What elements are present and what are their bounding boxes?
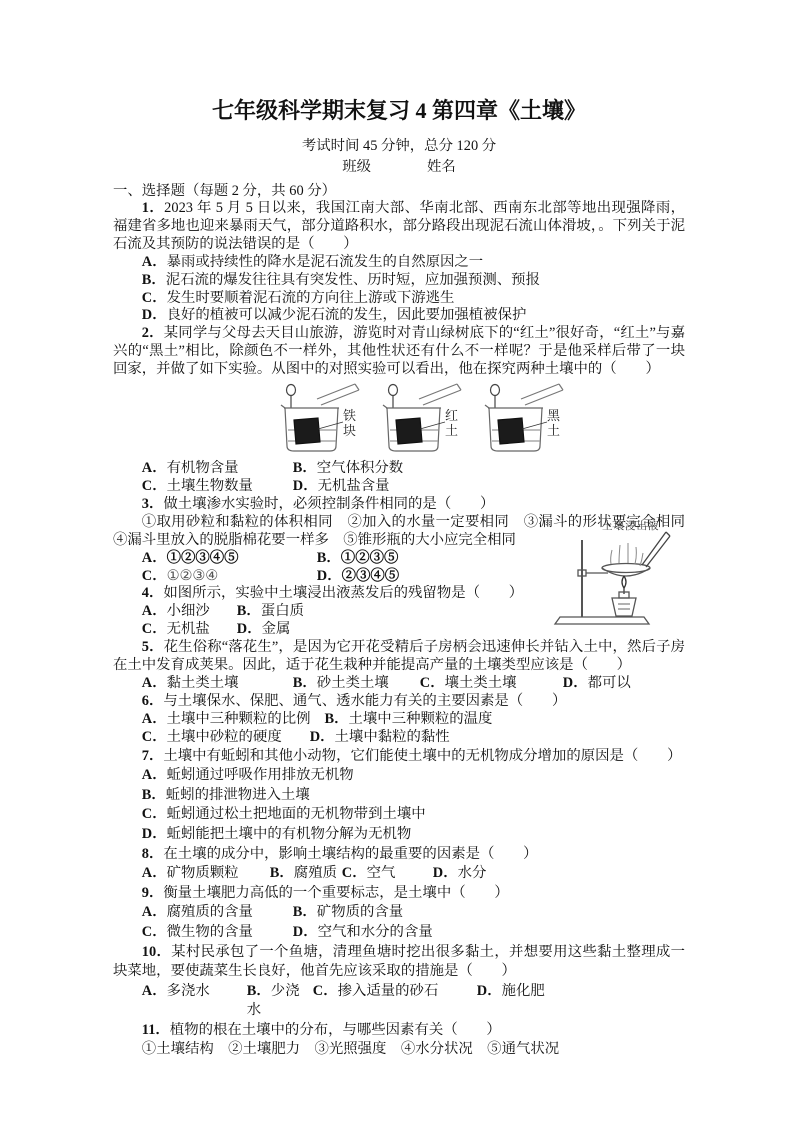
- question-11-text: 植物的根在土壤中的分布，与哪些因素有关（ ）: [170, 1022, 501, 1038]
- question-4-option-a: A．小细沙: [142, 603, 237, 621]
- option-label: D．: [433, 865, 458, 881]
- option-label: B．: [317, 550, 341, 566]
- question-1-number: 1．: [142, 200, 164, 216]
- section-heading: 一、选择题（每题 2 分，共 60 分）: [113, 182, 685, 200]
- option-label: D．: [142, 307, 167, 323]
- question-2-option-a: A．有机物含量: [142, 460, 293, 478]
- option-label: C．: [342, 865, 367, 881]
- option-label: B．: [247, 983, 271, 999]
- question-1-option-a: A．暴雨或持续性的降水是泥石流发生的自然原因之一: [113, 254, 685, 272]
- question-7-option-d: D．蚯蚓能把土壤中的有机物分解为无机物: [113, 825, 685, 845]
- option-label: A．: [142, 767, 167, 783]
- option-label: C．: [142, 478, 167, 494]
- name-label: 姓名: [427, 159, 456, 175]
- beakers-drawing: [273, 382, 583, 458]
- option-text: 矿物质颗粒: [167, 865, 239, 881]
- question-5-option-c: C．壤土类土壤: [420, 675, 563, 693]
- option-text: 施化肥: [502, 983, 545, 999]
- question-9-options-row-1: A．腐殖质的含量B．矿物质的含量: [113, 903, 685, 923]
- option-text: 蚯蚓的排泄物进入土壤: [166, 787, 310, 803]
- option-label: C．: [142, 568, 167, 584]
- option-text: 发生时要顺着泥石流的方向往上游或下游逃生: [167, 290, 455, 306]
- option-text: 腐殖质: [294, 865, 337, 881]
- question-2-text: 某同学与父母去天目山旅游，游览时对青山绿树底下的“红土”很好奇，“红土”与嘉兴的…: [113, 325, 685, 377]
- question-3-option-c: C．①②③④: [142, 568, 317, 586]
- question-5-number: 5．: [142, 639, 164, 655]
- option-label: D．: [237, 621, 262, 637]
- option-label: C．: [142, 806, 167, 822]
- option-label: C．: [142, 924, 167, 940]
- option-text: 矿物质的含量: [317, 904, 403, 920]
- option-text: 土壤中黏粒的黏性: [335, 729, 450, 745]
- question-1-text: 2023 年 5 月 5 日以来，我国江南大部、华南北部、西南东北部等地出现强降…: [113, 200, 685, 252]
- question-6-option-a: A．土壤中三种颗粒的比例: [142, 711, 311, 729]
- question-5-option-b: B．砂土类土壤: [293, 675, 420, 693]
- exam-info: 考试时间 45 分钟，总分 120 分: [113, 136, 685, 157]
- question-1-option-b: B．泥石流的爆发往往具有突发性、历时短，应加强预测、预报: [113, 272, 685, 290]
- option-text: 空气体积分数: [317, 460, 403, 476]
- question-4-option-b: B．蛋白质: [237, 603, 304, 621]
- evaporation-apparatus-figure: 土壤浸出液: [552, 518, 687, 632]
- question-10-stem: 10．某村民承包了一个鱼塘，清理鱼塘时挖出很多黏土，并想要用这些黏土整理成一块菜…: [113, 943, 685, 982]
- question-7-option-b: B．蚯蚓的排泄物进入土壤: [113, 786, 685, 806]
- option-text: 水分: [458, 865, 487, 881]
- question-10-option-d: D．施化肥: [477, 982, 545, 1002]
- question-4-option-c: C．无机盐: [142, 621, 237, 639]
- option-text: 腐殖质的含量: [167, 904, 253, 920]
- option-text: 土壤生物数量: [167, 478, 253, 494]
- question-6-option-c: C．土壤中砂粒的硬度: [142, 729, 282, 747]
- questions-7-to-11-block: 7．土壤中有蚯蚓和其他小动物，它们能使土壤中的无机物成分增加的原因是（ ） A．…: [113, 747, 685, 1061]
- option-text: 掺入适量的砂石: [338, 983, 439, 999]
- option-label: C．: [313, 983, 338, 999]
- option-text: 有机物含量: [167, 460, 239, 476]
- question-2-option-d: D．无机盐含量: [293, 478, 390, 496]
- question-10-number: 10．: [142, 944, 171, 960]
- option-label: A．: [142, 550, 167, 566]
- option-text: 良好的植被可以减少泥石流的发生，因此要加强植被保护: [167, 307, 527, 323]
- option-label: D．: [293, 924, 318, 940]
- option-text: 微生物的含量: [167, 924, 253, 940]
- question-10-option-c: C．掺入适量的砂石: [313, 982, 477, 1002]
- question-7-option-c: C．蚯蚓通过松土把地面的无机物带到土壤中: [113, 805, 685, 825]
- question-3-number: 3．: [142, 496, 164, 512]
- option-text: 金属: [262, 621, 291, 637]
- question-1-option-c: C．发生时要顺着泥石流的方向往上游或下游逃生: [113, 290, 685, 308]
- option-text: 都可以: [588, 675, 631, 691]
- question-2-options-row-2: C．土壤生物数量D．无机盐含量: [113, 478, 685, 496]
- question-9-options-row-2: C．微生物的含量D．空气和水分的含量: [113, 923, 685, 943]
- option-label: B．: [325, 711, 349, 727]
- option-label: B．: [142, 787, 166, 803]
- question-8-option-a: A．矿物质颗粒: [142, 864, 270, 884]
- question-7-text: 土壤中有蚯蚓和其他小动物，它们能使土壤中的无机物成分增加的原因是（ ）: [163, 748, 681, 764]
- student-info-line: 班级姓名: [113, 157, 685, 178]
- option-text: 黏土类土壤: [167, 675, 239, 691]
- beaker-label-iron-block: 铁块: [343, 408, 358, 438]
- option-text: 泥石流的爆发往往具有突发性、历时短，应加强预测、预报: [166, 272, 540, 288]
- option-text: ①②③④⑤: [167, 550, 239, 566]
- question-2-option-c: C．土壤生物数量: [142, 478, 293, 496]
- option-label: C．: [142, 729, 167, 745]
- question-6-option-b: B．土壤中三种颗粒的温度: [325, 711, 493, 729]
- option-text: 砂土类土壤: [317, 675, 389, 691]
- question-6-text: 与土壤保水、保肥、通气、透水能力有关的主要因素是（ ）: [163, 693, 566, 709]
- question-3-text: 做土壤渗水实验时，必须控制条件相同的是（ ）: [163, 496, 494, 512]
- option-label: B．: [293, 675, 317, 691]
- option-text: ②③④⑤: [342, 568, 400, 584]
- option-label: A．: [142, 603, 167, 619]
- question-9-option-a: A．腐殖质的含量: [142, 903, 293, 923]
- option-text: 空气和水分的含量: [318, 924, 433, 940]
- question-2-options-row-1: A．有机物含量B．空气体积分数: [113, 460, 685, 478]
- option-label: B．: [293, 904, 317, 920]
- question-4-number: 4．: [142, 585, 164, 601]
- page-title: 七年级科学期末复习 4 第四章《土壤》: [113, 96, 685, 126]
- option-text: 壤土类土壤: [445, 675, 517, 691]
- option-label: D．: [563, 675, 588, 691]
- beaker-experiment-figure: 铁块 红土 黑土: [273, 382, 583, 458]
- option-text: 土壤中三种颗粒的温度: [349, 711, 493, 727]
- question-3-stem: 3．做土壤渗水实验时，必须控制条件相同的是（ ）: [113, 496, 685, 514]
- question-5-option-d: D．都可以: [563, 675, 631, 693]
- question-3-option-a: A．①②③④⑤: [142, 550, 317, 568]
- option-text: 无机盐含量: [318, 478, 390, 494]
- question-1-option-d: D．良好的植被可以减少泥石流的发生，因此要加强植被保护: [113, 307, 685, 325]
- option-text: 蚯蚓通过呼吸作用排放无机物: [167, 767, 354, 783]
- question-1-stem: 1．2023 年 5 月 5 日以来，我国江南大部、华南北部、西南东北部等地出现…: [113, 200, 685, 254]
- question-5-options-row: A．黏土类土壤B．砂土类土壤C．壤土类土壤D．都可以: [113, 675, 685, 693]
- question-9-option-b: B．矿物质的含量: [293, 903, 403, 923]
- option-label: B．: [270, 865, 294, 881]
- question-8-number: 8．: [142, 846, 164, 862]
- option-text: 蚯蚓通过松土把地面的无机物带到土壤中: [167, 806, 426, 822]
- question-4-text: 如图所示，实验中土壤浸出液蒸发后的残留物是（ ）: [163, 585, 523, 601]
- option-label: D．: [310, 729, 335, 745]
- exam-paper-page: 七年级科学期末复习 4 第四章《土壤》 考试时间 45 分钟，总分 120 分 …: [0, 0, 793, 1122]
- question-6-options-row-2: C．土壤中砂粒的硬度D．土壤中黏粒的黏性: [113, 729, 685, 747]
- question-8-options-row: A．矿物质颗粒B．腐殖质C．空气D．水分: [113, 864, 685, 884]
- question-5-option-a: A．黏土类土壤: [142, 675, 293, 693]
- question-4-option-d: D．金属: [237, 621, 291, 639]
- option-text: 无机盐: [167, 621, 210, 637]
- question-10-text: 某村民承包了一个鱼塘，清理鱼塘时挖出很多黏土，并想要用这些黏土整理成一块菜地，要…: [113, 944, 685, 980]
- beaker-label-red-soil: 红土: [445, 408, 460, 438]
- question-8-option-b: B．腐殖质: [270, 864, 342, 884]
- option-label: A．: [142, 675, 167, 691]
- option-label: C．: [142, 290, 167, 306]
- question-2-option-b: B．空气体积分数: [293, 460, 403, 478]
- option-label: B．: [237, 603, 261, 619]
- option-label: B．: [142, 272, 166, 288]
- question-8-stem: 8．在土壤的成分中，影响土壤结构的最重要的因素是（ ）: [113, 845, 685, 865]
- option-text: ①②③⑤: [341, 550, 399, 566]
- option-label: A．: [142, 865, 167, 881]
- question-5-stem: 5．花生俗称“落花生”，是因为它开花受精后子房柄会迅速伸长并钻入土中，然后子房在…: [113, 639, 685, 675]
- option-text: 蚯蚓能把土壤中的有机物分解为无机物: [167, 826, 412, 842]
- question-5-text: 花生俗称“落花生”，是因为它开花受精后子房柄会迅速伸长并钻入土中，然后子房在土中…: [113, 639, 685, 673]
- option-label: A．: [142, 983, 167, 999]
- class-label: 班级: [342, 159, 371, 175]
- question-10-option-a: A．多浇水: [142, 982, 247, 1002]
- question-9-number: 9．: [142, 885, 164, 901]
- question-6-options-row-1: A．土壤中三种颗粒的比例B．土壤中三种颗粒的温度: [113, 711, 685, 729]
- question-8-option-d: D．水分: [433, 864, 487, 884]
- question-3-option-d: D．②③④⑤: [317, 568, 399, 586]
- option-label: A．: [142, 904, 167, 920]
- option-label: D．: [477, 983, 502, 999]
- option-label: D．: [142, 826, 167, 842]
- question-8-text: 在土壤的成分中，影响土壤结构的最重要的因素是（ ）: [163, 846, 537, 862]
- option-label: A．: [142, 254, 167, 270]
- evaporation-drawing: [552, 518, 687, 632]
- option-text: 小细沙: [167, 603, 210, 619]
- question-11-number: 11．: [142, 1022, 170, 1038]
- option-label: B．: [293, 460, 317, 476]
- question-10-option-b: B．少浇水: [247, 982, 313, 1021]
- option-label: C．: [142, 621, 167, 637]
- option-label: D．: [317, 568, 342, 584]
- question-3-option-b: B．①②③⑤: [317, 550, 399, 568]
- question-2-number: 2．: [142, 325, 164, 341]
- question-9-stem: 9．衡量土壤肥力高低的一个重要标志，是土壤中（ ）: [113, 884, 685, 904]
- option-text: 暴雨或持续性的降水是泥石流发生的自然原因之一: [167, 254, 484, 270]
- question-2-stem: 2．某同学与父母去天目山旅游，游览时对青山绿树底下的“红土”很好奇，“红土”与嘉…: [113, 325, 685, 379]
- question-11-factors: ①土壤结构 ②土壤肥力 ③光照强度 ④水分状况 ⑤通气状况: [113, 1040, 685, 1060]
- question-7-number: 7．: [142, 748, 164, 764]
- question-9-option-d: D．空气和水分的含量: [293, 923, 433, 943]
- option-text: ①②③④: [167, 568, 219, 584]
- question-6-stem: 6．与土壤保水、保肥、通气、透水能力有关的主要因素是（ ）: [113, 693, 685, 711]
- question-6-option-d: D．土壤中黏粒的黏性: [310, 729, 450, 747]
- question-8-option-c: C．空气: [342, 864, 433, 884]
- option-label: A．: [142, 460, 167, 476]
- question-6-number: 6．: [142, 693, 164, 709]
- option-text: 土壤中三种颗粒的比例: [167, 711, 311, 727]
- option-text: 蛋白质: [261, 603, 304, 619]
- question-7-option-a: A．蚯蚓通过呼吸作用排放无机物: [113, 766, 685, 786]
- question-10-options-row: A．多浇水B．少浇水C．掺入适量的砂石D．施化肥: [113, 982, 685, 1021]
- question-9-text: 衡量土壤肥力高低的一个重要标志，是土壤中（ ）: [163, 885, 508, 901]
- option-label: A．: [142, 711, 167, 727]
- question-7-stem: 7．土壤中有蚯蚓和其他小动物，它们能使土壤中的无机物成分增加的原因是（ ）: [113, 747, 685, 767]
- option-text: 土壤中砂粒的硬度: [167, 729, 282, 745]
- option-text: 多浇水: [167, 983, 210, 999]
- option-label: D．: [293, 478, 318, 494]
- question-9-option-c: C．微生物的含量: [142, 923, 293, 943]
- beaker-label-black-soil: 黑土: [547, 408, 562, 438]
- option-label: C．: [420, 675, 445, 691]
- question-11-stem: 11．植物的根在土壤中的分布，与哪些因素有关（ ）: [113, 1021, 685, 1041]
- option-text: 空气: [367, 865, 396, 881]
